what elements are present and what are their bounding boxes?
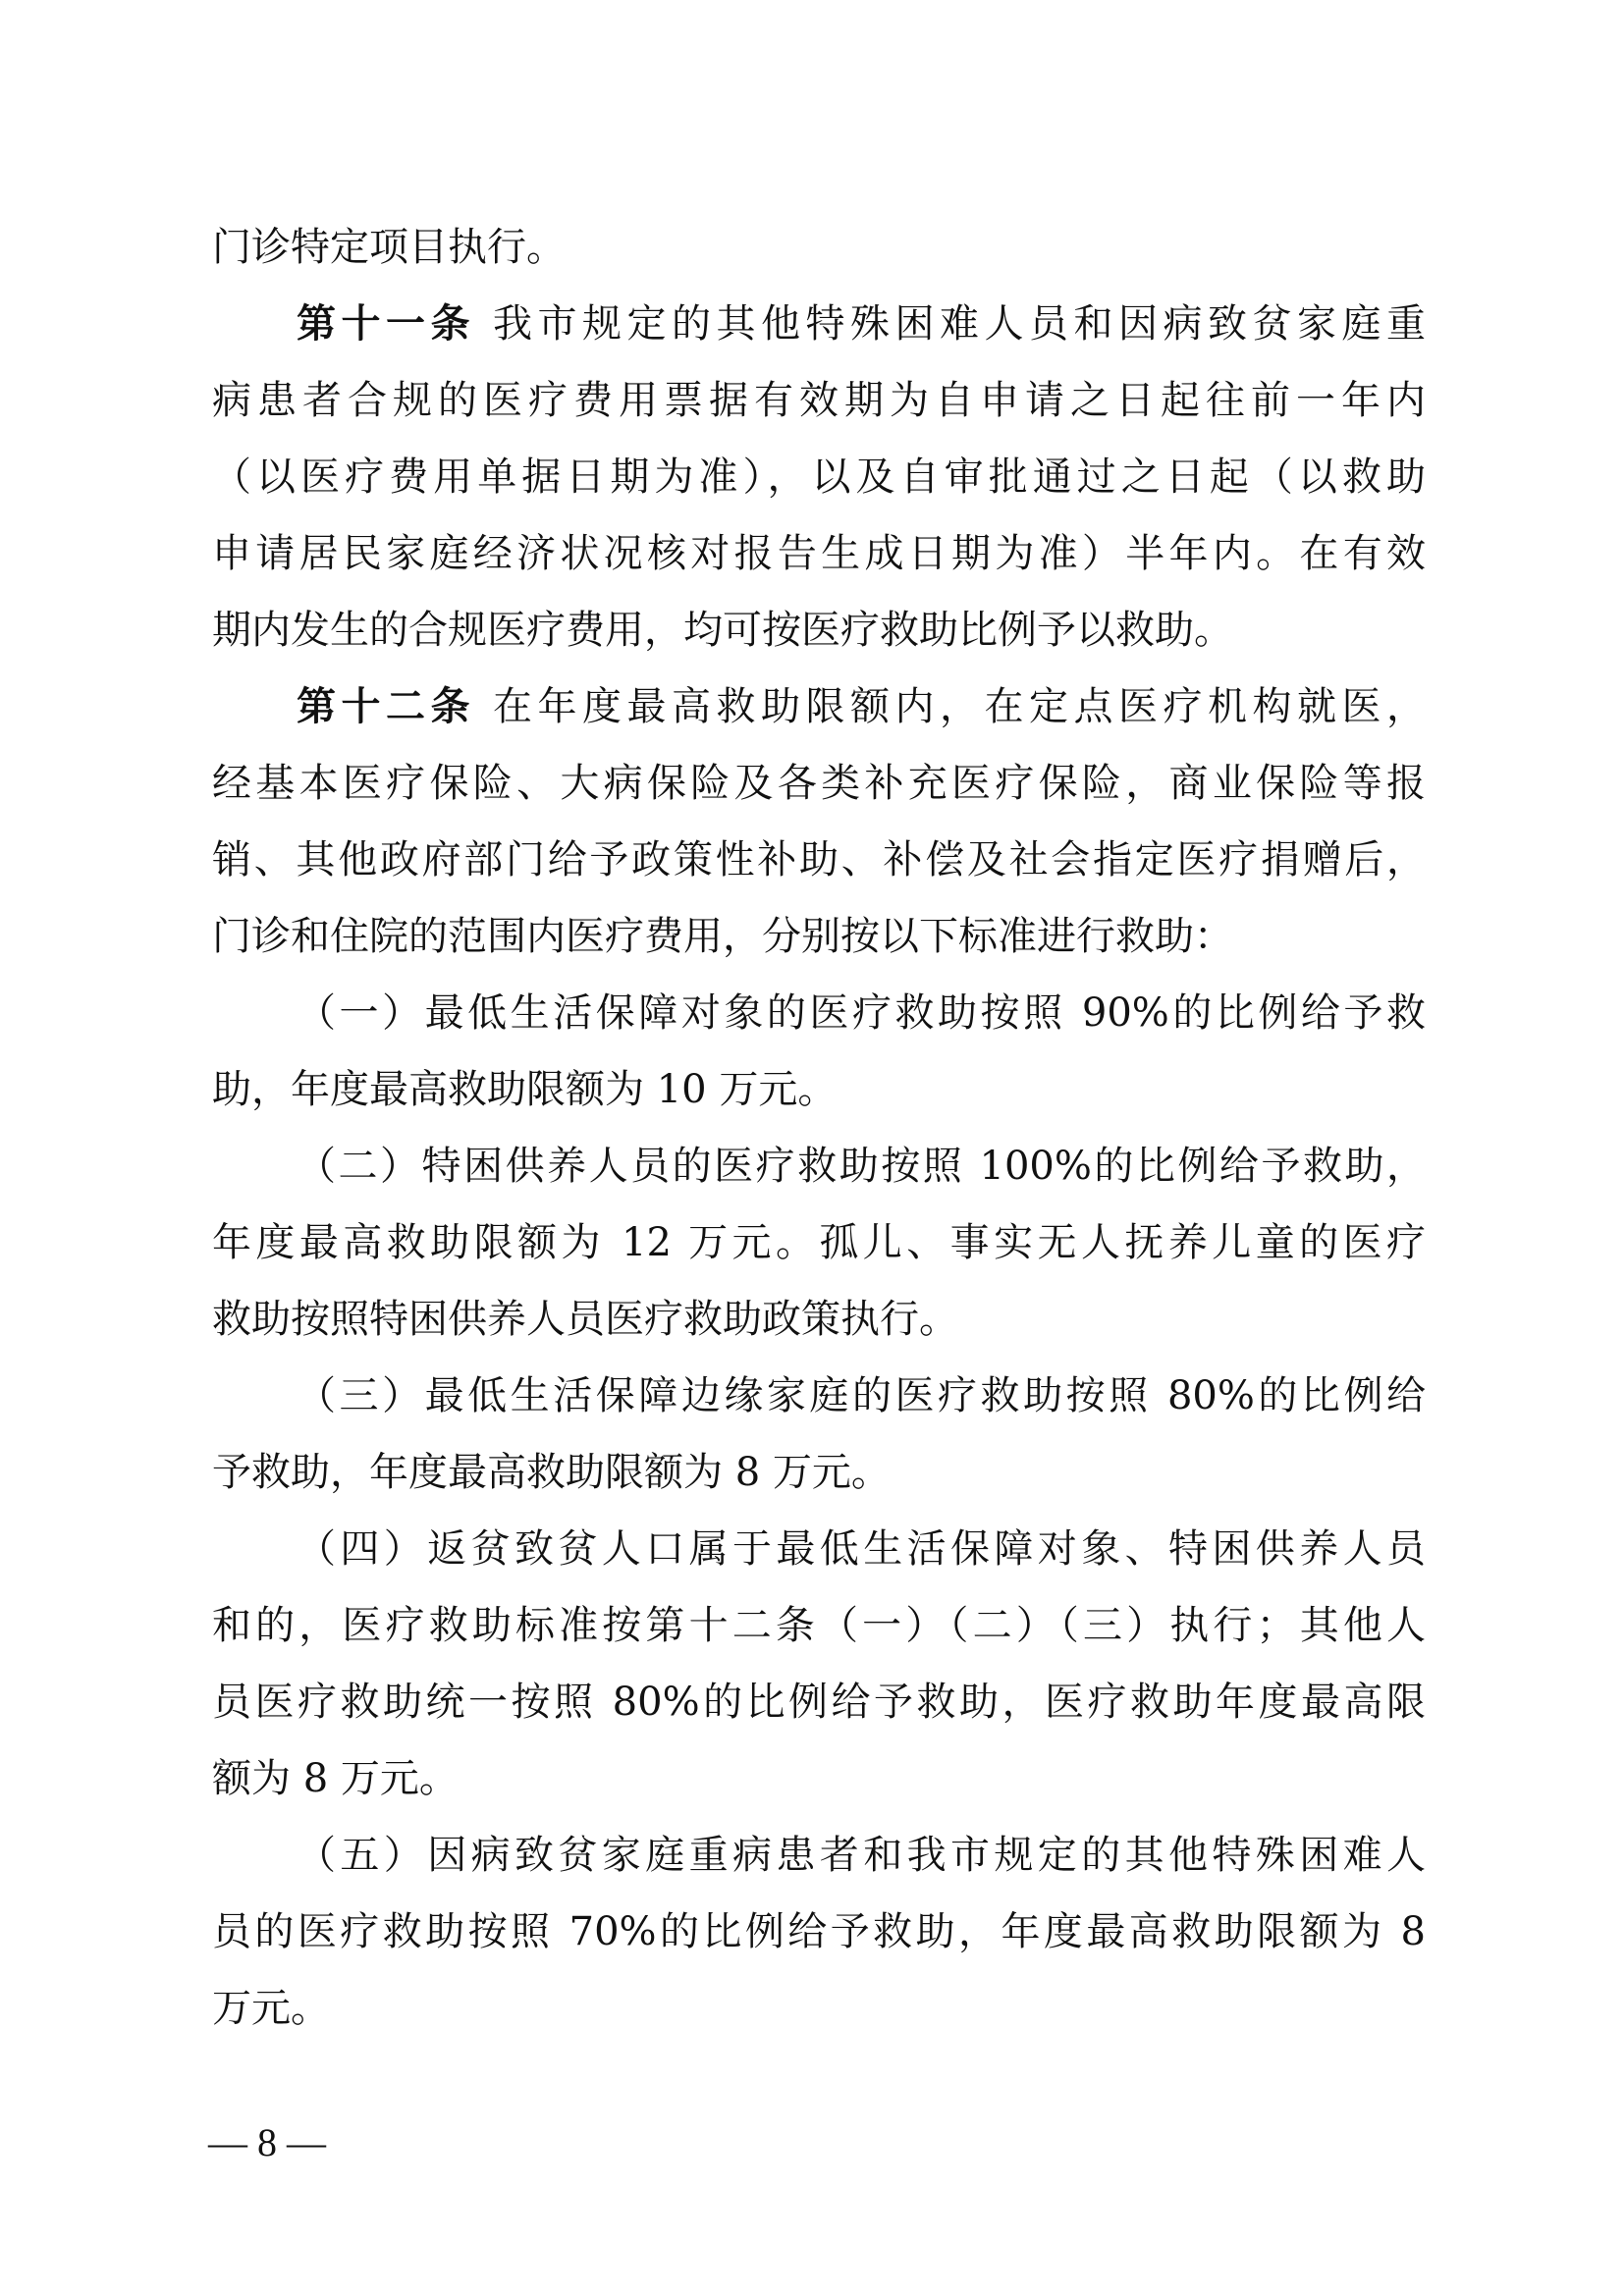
line-text: 病患者合规的医疗费用票据有效期为自申请之日起往前一年内 [212, 378, 1426, 423]
text-line: 期内发生的合规医疗费用，均可按医疗救助比例予以救助。 [212, 601, 1426, 660]
text-line: 病患者合规的医疗费用票据有效期为自申请之日起往前一年内 [212, 371, 1426, 430]
line-text: 予救助，年度最高救助限额为 8 万元。 [212, 1450, 891, 1495]
line-text: 救助按照特困供养人员医疗救助政策执行。 [212, 1297, 958, 1342]
line-text: （五）因病致贫家庭重病患者和我市规定的其他特殊困难人 [297, 1833, 1426, 1878]
line-text: 门诊和住院的范围内医疗费用，分别按以下标准进行救助： [212, 914, 1233, 959]
line-text: （二）特困供养人员的医疗救助按照 100%的比例给予救助， [297, 1144, 1426, 1189]
article-heading: 第十二条 [297, 684, 475, 729]
text-line: 和的，医疗救助标准按第十二条（一）（二）（三）执行；其他人 [212, 1596, 1426, 1655]
article-heading: 第十一条 [297, 301, 475, 347]
line-text: 期内发生的合规医疗费用，均可按医疗救助比例予以救助。 [212, 608, 1233, 653]
line-text: 万元。 [212, 1986, 330, 2031]
text-line: 员医疗救助统一按照 80%的比例给予救助，医疗救助年度最高限 [212, 1673, 1426, 1732]
article-paragraph-line: 第十一条我市规定的其他特殊困难人员和因病致贫家庭重 [297, 294, 1426, 353]
text-line: 经基本医疗保险、大病保险及各类补充医疗保险，商业保险等报 [212, 754, 1426, 813]
list-item-line: （一）最低生活保障对象的医疗救助按照 90%的比例给予救 [297, 984, 1426, 1042]
page-number: — 8 — [208, 2118, 326, 2167]
text-line: 销、其他政府部门给予政策性补助、补偿及社会指定医疗捐赠后， [212, 830, 1426, 889]
text-line: 助，年度最高救助限额为 10 万元。 [212, 1060, 1426, 1119]
text-line: 年度最高救助限额为 12 万元。孤儿、事实无人抚养儿童的医疗 [212, 1213, 1426, 1272]
line-text: （三）最低生活保障边缘家庭的医疗救助按照 80%的比例给 [297, 1373, 1426, 1418]
list-item-line: （二）特困供养人员的医疗救助按照 100%的比例给予救助， [297, 1137, 1426, 1196]
text-line: 救助按照特困供养人员医疗救助政策执行。 [212, 1290, 1426, 1349]
list-item-line: （四）返贫致贫人口属于最低生活保障对象、特困供养人员 [297, 1520, 1426, 1578]
text-line: 予救助，年度最高救助限额为 8 万元。 [212, 1443, 1426, 1502]
text-line: 门诊和住院的范围内医疗费用，分别按以下标准进行救助： [212, 907, 1426, 966]
line-text: 员医疗救助统一按照 80%的比例给予救助，医疗救助年度最高限 [212, 1680, 1426, 1725]
line-text: 在年度最高救助限额内，在定点医疗机构就医， [493, 684, 1426, 729]
line-text: 销、其他政府部门给予政策性补助、补偿及社会指定医疗捐赠后， [212, 837, 1426, 882]
line-text: 经基本医疗保险、大病保险及各类补充医疗保险，商业保险等报 [212, 761, 1426, 806]
line-text: 和的，医疗救助标准按第十二条（一）（二）（三）执行；其他人 [212, 1603, 1426, 1648]
line-text: （以医疗费用单据日期为准），以及自审批通过之日起（以救助 [212, 454, 1426, 500]
text-line: 员的医疗救助按照 70%的比例给予救助，年度最高救助限额为 8 [212, 1902, 1426, 1961]
line-text: 申请居民家庭经济状况核对报告生成日期为准）半年内。在有效 [212, 531, 1426, 576]
line-text: 员的医疗救助按照 70%的比例给予救助，年度最高救助限额为 8 [212, 1909, 1426, 1954]
text-line: （以医疗费用单据日期为准），以及自审批通过之日起（以救助 [212, 448, 1426, 507]
line-text: 助，年度最高救助限额为 10 万元。 [212, 1067, 837, 1112]
line-text: 我市规定的其他特殊困难人员和因病致贫家庭重 [493, 301, 1426, 347]
line-text: 门诊特定项目执行。 [212, 225, 566, 270]
text-line: 万元。 [212, 1979, 1426, 2038]
line-text: （四）返贫致贫人口属于最低生活保障对象、特困供养人员 [297, 1526, 1426, 1572]
text-line: 门诊特定项目执行。 [212, 218, 1426, 277]
text-line: 申请居民家庭经济状况核对报告生成日期为准）半年内。在有效 [212, 524, 1426, 583]
line-text: 额为 8 万元。 [212, 1756, 459, 1801]
list-item-line: （三）最低生活保障边缘家庭的医疗救助按照 80%的比例给 [297, 1366, 1426, 1425]
text-line: 额为 8 万元。 [212, 1749, 1426, 1808]
document-page: 门诊特定项目执行。第十一条我市规定的其他特殊困难人员和因病致贫家庭重病患者合规的… [0, 0, 1624, 2296]
article-paragraph-line: 第十二条在年度最高救助限额内，在定点医疗机构就医， [297, 677, 1426, 736]
line-text: 年度最高救助限额为 12 万元。孤儿、事实无人抚养儿童的医疗 [212, 1220, 1426, 1265]
list-item-line: （五）因病致贫家庭重病患者和我市规定的其他特殊困难人 [297, 1826, 1426, 1885]
line-text: （一）最低生活保障对象的医疗救助按照 90%的比例给予救 [297, 990, 1426, 1036]
